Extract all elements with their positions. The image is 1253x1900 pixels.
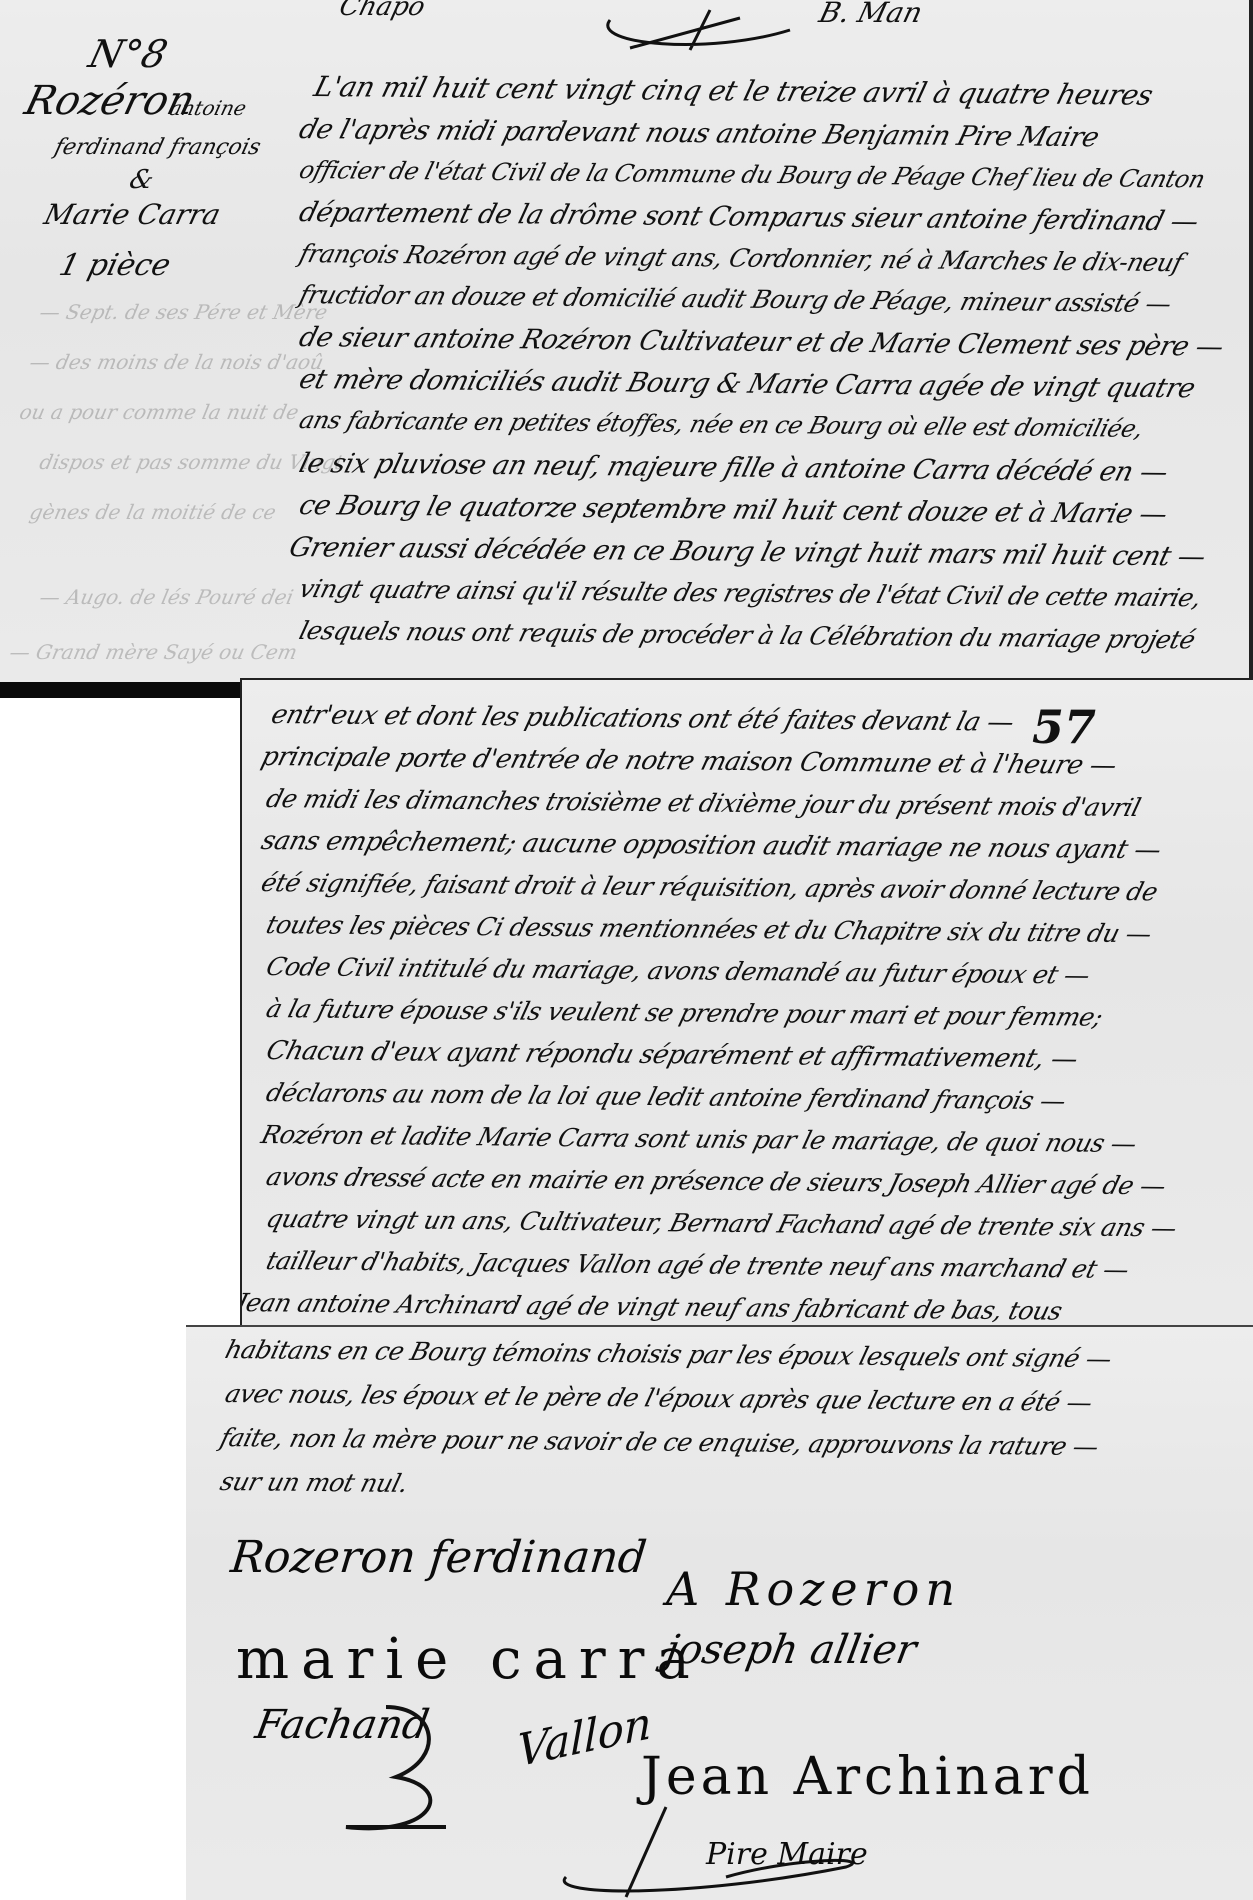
signature-bride: marie carra [236, 1627, 702, 1692]
record-line: officier de l'état Civil de la Commune d… [296, 156, 1207, 193]
record-line: Jean antoine Archinard agé de vingt neuf… [240, 1288, 1065, 1326]
record-line: sur un mot nul. [217, 1467, 411, 1498]
record-line: habitans en ce Bourg témoins choisis par… [222, 1335, 1115, 1373]
groom-given-2: ferdinand françois [52, 135, 263, 160]
register-page-bottom: habitans en ce Bourg témoins choisis par… [186, 1325, 1253, 1900]
bleed-through-text: — Sept. de ses Pére et Mère [37, 300, 329, 324]
register-page-middle: 57 entr'eux et dont les publications ont… [240, 678, 1253, 1333]
record-line: françois Rozéron agé de vingt ans, Cordo… [296, 239, 1185, 277]
signature-mayor: Pire Maire [706, 1837, 868, 1872]
signature-witness-vallon: Vallon [517, 1697, 651, 1778]
bleed-through-text: ou a pour comme la nuit de [17, 400, 301, 424]
record-line: toutes les pièces Ci dessus mentionnées … [263, 910, 1154, 948]
record-line: sans empêchement; aucune opposition audi… [258, 826, 1164, 865]
record-line: de sieur antoine Rozéron Cultivateur et … [296, 322, 1227, 363]
signature-father: A Rozeron [666, 1562, 961, 1616]
folio-number: 57 [1032, 700, 1096, 754]
bleed-through-text: gènes de la moitié de ce [27, 500, 278, 524]
record-line: département de la drôme sont Comparus si… [296, 197, 1202, 237]
bleed-through-text: — des moins de la nois d'aoû [27, 350, 325, 374]
record-line: Chacun d'eux ayant répondu séparément et… [263, 1036, 1081, 1074]
record-line: Grenier aussi décédée en ce Bourg le vin… [286, 532, 1209, 572]
margin-and: & [126, 165, 157, 195]
record-line: tailleur d'habits, Jacques Vallon agé de… [263, 1246, 1132, 1284]
record-line: faite, non la mère pour ne savoir de ce … [217, 1423, 1101, 1461]
record-line: le six pluviose an neuf, majeure fille à… [296, 448, 1171, 488]
record-line: de midi les dimanches troisième et dixiè… [263, 784, 1143, 822]
bleed-through-text: — Augo. de lés Pouré dei [37, 585, 295, 609]
signature-witness-allier: joseph allier [662, 1627, 920, 1673]
mayor-flourish-top [590, 0, 850, 55]
record-line: ans fabricante en petites étoffes, née e… [296, 406, 1146, 443]
record-line: Rozéron et ladite Marie Carra sont unis … [258, 1120, 1139, 1158]
record-line: et mère domiciliés audit Bourg & Marie C… [296, 364, 1198, 404]
record-line: fructidor an douze et domicilié audit Bo… [296, 280, 1174, 318]
record-line: déclarons au nom de la loi que ledit ant… [263, 1078, 1069, 1115]
record-line: entr'eux et dont les publications ont ét… [268, 700, 1017, 738]
record-line: avons dressé acte en mairie en présence … [263, 1162, 1169, 1200]
scan-edge [0, 682, 245, 698]
record-line: été signifiée, faisant droit à leur réqu… [258, 868, 1160, 906]
record-line: vingt quatre ainsi qu'il résulte des reg… [296, 574, 1204, 612]
pieces-count: 1 pièce [56, 248, 174, 283]
record-line: de l'après midi pardevant nous antoine B… [296, 114, 1102, 153]
bride-name: Marie Carra [41, 198, 224, 231]
record-line: ce Bourg le quatorze septembre mil huit … [296, 490, 1170, 530]
register-page-top: — Sept. de ses Pére et Mère — des moins … [0, 0, 1253, 688]
record-line: Code Civil intitulé du mariage, avons de… [263, 952, 1093, 990]
record-line: quatre vingt un ans, Cultivateur, Bernar… [263, 1204, 1180, 1242]
groom-given-1: antoine [167, 96, 249, 120]
record-line: L'an mil huit cent vingt cinq et le trei… [311, 70, 1156, 112]
record-line: principale porte d'entrée de notre maiso… [258, 742, 1120, 781]
record-line: lesquels nous ont requis de procéder à l… [296, 616, 1198, 654]
record-line: avec nous, les époux et le père de l'épo… [222, 1379, 1095, 1417]
header-fragment-right: B. Man [816, 0, 926, 29]
record-line: à la future épouse s'ils veulent se pren… [263, 994, 1105, 1032]
signature-groom: Rozeron ferdinand [228, 1532, 649, 1583]
fachand-flourish [326, 1687, 526, 1847]
bleed-through-text: — Grand mère Sayé ou Cem [7, 640, 299, 664]
header-fragment-left: Chapo [336, 0, 428, 22]
entry-number: N°8 [85, 32, 172, 76]
